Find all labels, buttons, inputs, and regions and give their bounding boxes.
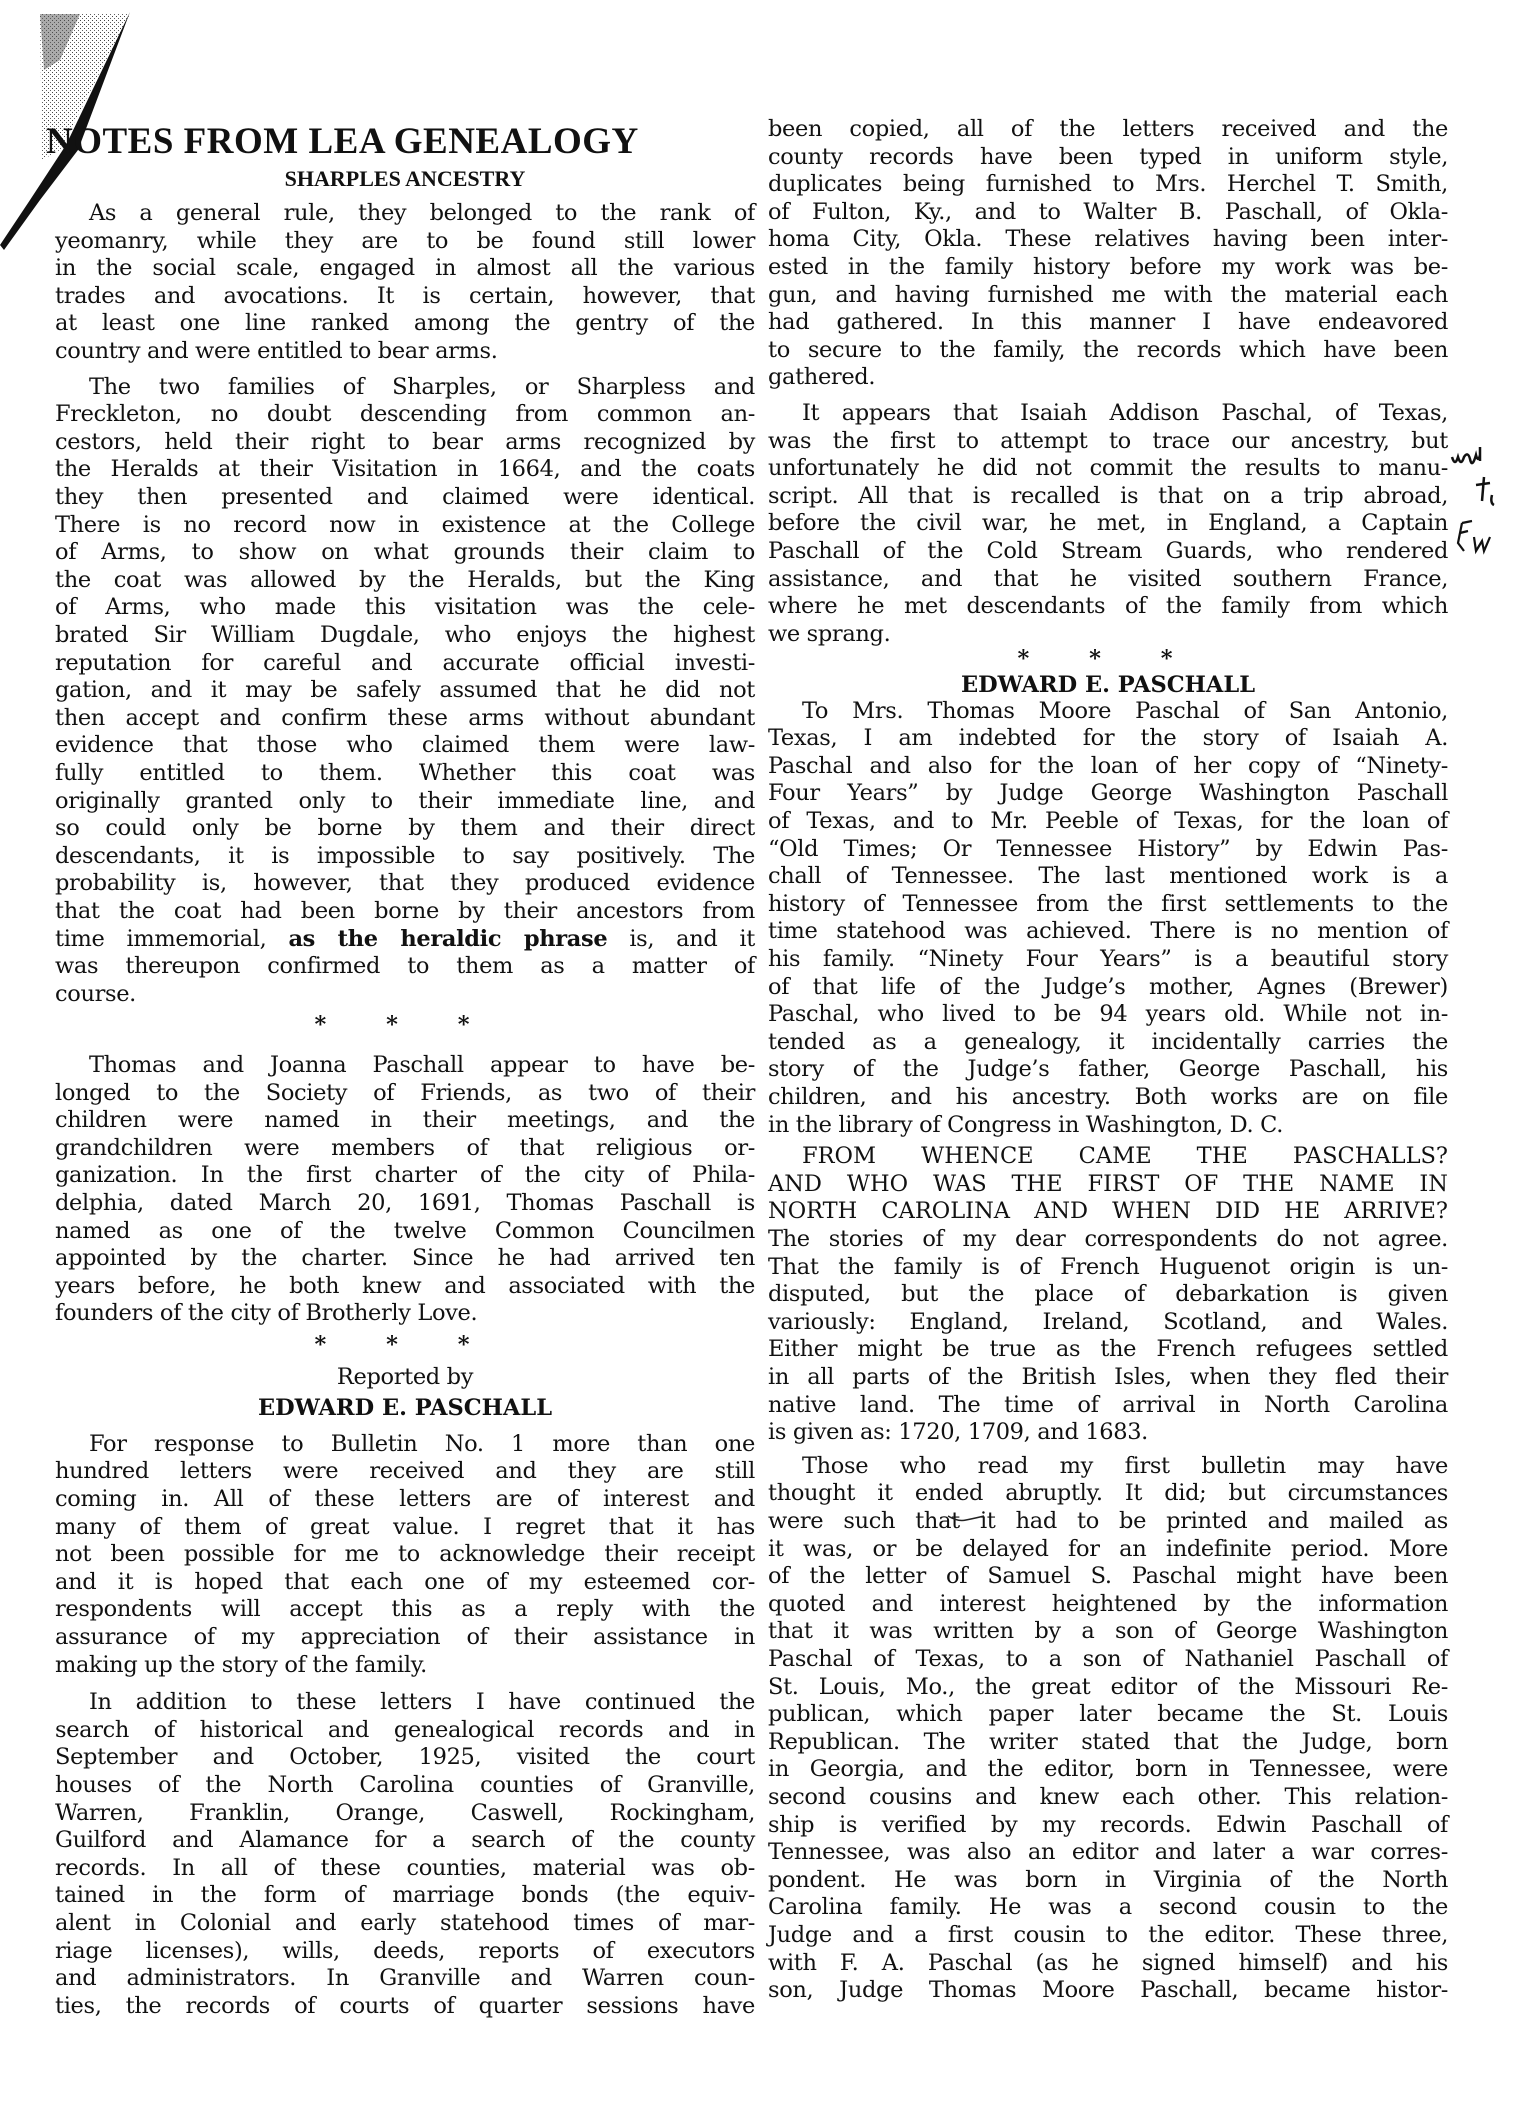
- text-line: second cousins and knew each other. This…: [768, 1784, 1448, 1811]
- section-subtitle: SHARPLES ANCESTRY: [55, 166, 755, 192]
- text-line: grandchildren were members of that relig…: [55, 1135, 755, 1162]
- section-separator: * * *: [55, 1012, 755, 1039]
- text-line: homa City, Okla. These relatives having …: [768, 226, 1448, 253]
- text-line: records. In all of these counties, mater…: [55, 1855, 755, 1882]
- text-line: pondent. He was born in Virginia of the …: [768, 1867, 1448, 1894]
- text-line: son, Judge Thomas Moore Paschall, became…: [768, 1977, 1448, 2004]
- page-title: NOTES FROM LEA GENEALOGY: [46, 120, 639, 163]
- text-line: There is no record now in existence at t…: [55, 512, 755, 539]
- text-line: were such that it had to be printed and …: [768, 1508, 1448, 1535]
- text-line: time statehood was achieved. There is no…: [768, 918, 1448, 945]
- text-line: they then presented and claimed were ide…: [55, 484, 755, 511]
- text-line: Reported by: [55, 1364, 755, 1391]
- text-line: St. Louis, Mo., the great editor of the …: [768, 1674, 1448, 1701]
- text-line: variously: England, Ireland, Scotland, a…: [768, 1309, 1448, 1336]
- text-line: Guilford and Alamance for a search of th…: [55, 1827, 755, 1854]
- text-line: children were named in their meetings, a…: [55, 1107, 755, 1134]
- text-line: in all parts of the British Isles, when …: [768, 1364, 1448, 1391]
- text-line: thought it ended abruptly. It did; but c…: [768, 1480, 1448, 1507]
- text-line: to secure to the family, the records whi…: [768, 337, 1448, 364]
- text-line: is given as: 1720, 1709, and 1683.: [768, 1419, 1448, 1446]
- text-line: the coat was allowed by the Heralds, but…: [55, 567, 755, 594]
- text-line: The two families of Sharples, or Sharple…: [55, 374, 755, 401]
- text-line: then accept and confirm these arms witho…: [55, 705, 755, 732]
- text-line: been copied, all of the letters received…: [768, 116, 1448, 143]
- text-line: houses of the North Carolina counties of…: [55, 1772, 755, 1799]
- text-line: the Heralds at their Visitation in 1664,…: [55, 456, 755, 483]
- text-line: many of them of great value. I regret th…: [55, 1514, 755, 1541]
- text-line: and it is hoped that each one of my este…: [55, 1569, 755, 1596]
- text-line: descendants, it is impossible to say pos…: [55, 843, 755, 870]
- text-line: disputed, but the place of debarkation i…: [768, 1281, 1448, 1308]
- text-line: was thereupon confirmed to them as a mat…: [55, 953, 755, 980]
- handwritten-margin-note: [1448, 445, 1518, 575]
- text-line: coming in. All of these letters are of i…: [55, 1486, 755, 1513]
- text-line: Carolina family. He was a second cousin …: [768, 1894, 1448, 1921]
- text-line: Judge and a first cousin to the editor. …: [768, 1922, 1448, 1949]
- text-line: gation, and it may be safely assumed tha…: [55, 677, 755, 704]
- text-line: that it was written by a son of George W…: [768, 1618, 1448, 1645]
- text-line: time immemorial, as the heraldic phrase …: [55, 926, 755, 953]
- text-line: Republican. The writer stated that the J…: [768, 1729, 1448, 1756]
- byline-heading: EDWARD E. PASCHALL: [768, 672, 1448, 699]
- text-line: gathered.: [768, 364, 1448, 391]
- text-line: making up the story of the family.: [55, 1652, 755, 1679]
- text-line: September and October, 1925, visited the…: [55, 1744, 755, 1771]
- text-line: Warren, Franklin, Orange, Caswell, Rocki…: [55, 1800, 755, 1827]
- text-line: of the letter of Samuel S. Paschal might…: [768, 1563, 1448, 1590]
- text-line: Paschal and also for the loan of her cop…: [768, 753, 1448, 780]
- text-line: In addition to these letters I have cont…: [55, 1689, 755, 1716]
- text-line: so could only be borne by them and their…: [55, 815, 755, 842]
- text-line: where he met descendants of the family f…: [768, 593, 1448, 620]
- text-line: not been possible for me to acknowledge …: [55, 1541, 755, 1568]
- text-line: As a general rule, they belonged to the …: [55, 200, 755, 227]
- question-heading: NORTH CAROLINA AND WHEN DID HE ARRIVE?: [768, 1198, 1448, 1225]
- text-line: assurance of my appreciation of their as…: [55, 1624, 755, 1651]
- handwritten-underline-1720: [946, 1514, 986, 1522]
- question-heading: AND WHO WAS THE FIRST OF THE NAME IN: [768, 1171, 1448, 1198]
- text-line: gun, and having furnished me with the ma…: [768, 282, 1448, 309]
- text-segment: time immemorial,: [55, 926, 288, 952]
- text-line: history of Tennessee from the first sett…: [768, 891, 1448, 918]
- text-line: we sprang.: [768, 621, 1448, 648]
- text-line: delphia, dated March 20, 1691, Thomas Pa…: [55, 1190, 755, 1217]
- text-line: longed to the Society of Friends, as two…: [55, 1080, 755, 1107]
- text-line: named as one of the twelve Common Counci…: [55, 1218, 755, 1245]
- text-line: children, and his ancestry. Both works a…: [768, 1084, 1448, 1111]
- text-line: native land. The time of arrival in Nort…: [768, 1392, 1448, 1419]
- text-line: That the family is of French Huguenot or…: [768, 1254, 1448, 1281]
- text-line: ested in the family history before my wo…: [768, 254, 1448, 281]
- text-line: ganization. In the first charter of the …: [55, 1162, 755, 1189]
- text-line: yeomanry, while they are to be found sti…: [55, 228, 755, 255]
- text-line: hundred letters were received and they a…: [55, 1458, 755, 1485]
- text-line: it was, or be delayed for an indefinite …: [768, 1536, 1448, 1563]
- text-line: Either might be true as the French refug…: [768, 1336, 1448, 1363]
- text-line: had gathered. In this manner I have ende…: [768, 309, 1448, 336]
- text-line: unfortunately he did not commit the resu…: [768, 455, 1448, 482]
- text-line: search of historical and genealogical re…: [55, 1717, 755, 1744]
- text-line: story of the Judge’s father, George Pasc…: [768, 1056, 1448, 1083]
- text-line: Those who read my first bulletin may hav…: [768, 1453, 1448, 1480]
- text-line: Four Years” by Judge George Washington P…: [768, 780, 1448, 807]
- text-line: country and were entitled to bear arms.: [55, 338, 755, 365]
- text-line: alent in Colonial and early statehood ti…: [55, 1910, 755, 1937]
- text-line: To Mrs. Thomas Moore Paschal of San Anto…: [768, 698, 1448, 725]
- text-line: reputation for careful and accurate offi…: [55, 650, 755, 677]
- text-line: of Texas, and to Mr. Peeble of Texas, fo…: [768, 808, 1448, 835]
- text-line: in the social scale, engaged in almost a…: [55, 255, 755, 282]
- bold-phrase: as the heraldic phrase: [288, 926, 607, 952]
- byline-heading: EDWARD E. PASCHALL: [55, 1395, 755, 1422]
- text-line: of Arms, to show on what grounds their c…: [55, 539, 755, 566]
- text-line: Tennessee, was also an editor and later …: [768, 1839, 1448, 1866]
- text-line: Texas, I am indebted for the story of Is…: [768, 725, 1448, 752]
- text-line: in the library of Congress in Washington…: [768, 1112, 1448, 1139]
- text-line: chall of Tennessee. The last mentioned w…: [768, 863, 1448, 890]
- text-line: years before, he both knew and associate…: [55, 1273, 755, 1300]
- text-line: course.: [55, 981, 755, 1008]
- text-line: evidence that those who claimed them wer…: [55, 732, 755, 759]
- text-line: was the first to attempt to trace our an…: [768, 428, 1448, 455]
- text-line: quoted and interest heightened by the in…: [768, 1591, 1448, 1618]
- text-line: cestors, held their right to bear arms r…: [55, 429, 755, 456]
- section-separator: * * *: [55, 1332, 755, 1359]
- text-line: respondents will accept this as a reply …: [55, 1596, 755, 1623]
- text-line: in Georgia, and the editor, born in Tenn…: [768, 1756, 1448, 1783]
- text-line: of Arms, who made this visitation was th…: [55, 594, 755, 621]
- text-line: “Old Times; Or Tennessee History” by Edw…: [768, 836, 1448, 863]
- text-line: For response to Bulletin No. 1 more than…: [55, 1431, 755, 1458]
- text-line: his family. “Ninety Four Years” is a bea…: [768, 946, 1448, 973]
- text-line: The stories of my dear correspondents do…: [768, 1226, 1448, 1253]
- text-line: script. All that is recalled is that on …: [768, 483, 1448, 510]
- text-segment: is, and it: [607, 926, 755, 952]
- text-line: at least one line ranked among the gentr…: [55, 310, 755, 337]
- text-line: with F. A. Paschal (as he signed himself…: [768, 1950, 1448, 1977]
- text-line: founders of the city of Brotherly Love.: [55, 1300, 755, 1327]
- text-line: county records have been typed in unifor…: [768, 144, 1448, 171]
- text-line: that the coat had been borne by their an…: [55, 898, 755, 925]
- text-line: duplicates being furnished to Mrs. Herch…: [768, 171, 1448, 198]
- text-line: riage licenses), wills, deeds, reports o…: [55, 1938, 755, 1965]
- text-line: of Fulton, Ky., and to Walter B. Paschal…: [768, 199, 1448, 226]
- text-line: Paschal of Texas, to a son of Nathaniel …: [768, 1646, 1448, 1673]
- text-line: assistance, and that he visited southern…: [768, 566, 1448, 593]
- text-line: Thomas and Joanna Paschall appear to hav…: [55, 1052, 755, 1079]
- text-line: trades and avocations. It is certain, ho…: [55, 283, 755, 310]
- text-line: probability is, however, that they produ…: [55, 870, 755, 897]
- question-heading: FROM WHENCE CAME THE PASCHALLS?: [768, 1143, 1448, 1170]
- text-line: brated Sir William Dugdale, who enjoys t…: [55, 622, 755, 649]
- text-line: originally granted only to their immedia…: [55, 788, 755, 815]
- text-line: appointed by the charter. Since he had a…: [55, 1245, 755, 1272]
- text-line: ship is verified by my records. Edwin Pa…: [768, 1812, 1448, 1839]
- text-line: Paschall of the Cold Stream Guards, who …: [768, 538, 1448, 565]
- text-line: before the civil war, he met, in England…: [768, 510, 1448, 537]
- text-line: Paschal, who lived to be 94 years old. W…: [768, 1001, 1448, 1028]
- text-line: tended as a genealogy, it incidentally c…: [768, 1029, 1448, 1056]
- text-line: and administrators. In Granville and War…: [55, 1965, 755, 1992]
- text-line: of that life of the Judge’s mother, Agne…: [768, 974, 1448, 1001]
- text-line: tained in the form of marriage bonds (th…: [55, 1882, 755, 1909]
- text-line: Freckleton, no doubt descending from com…: [55, 401, 755, 428]
- section-separator: * * *: [768, 646, 1448, 673]
- text-line: publican, which paper later became the S…: [768, 1701, 1448, 1728]
- text-line: fully entitled to them. Whether this coa…: [55, 760, 755, 787]
- text-line: It appears that Isaiah Addison Paschal, …: [768, 400, 1448, 427]
- text-line: ties, the records of courts of quarter s…: [55, 1993, 755, 2020]
